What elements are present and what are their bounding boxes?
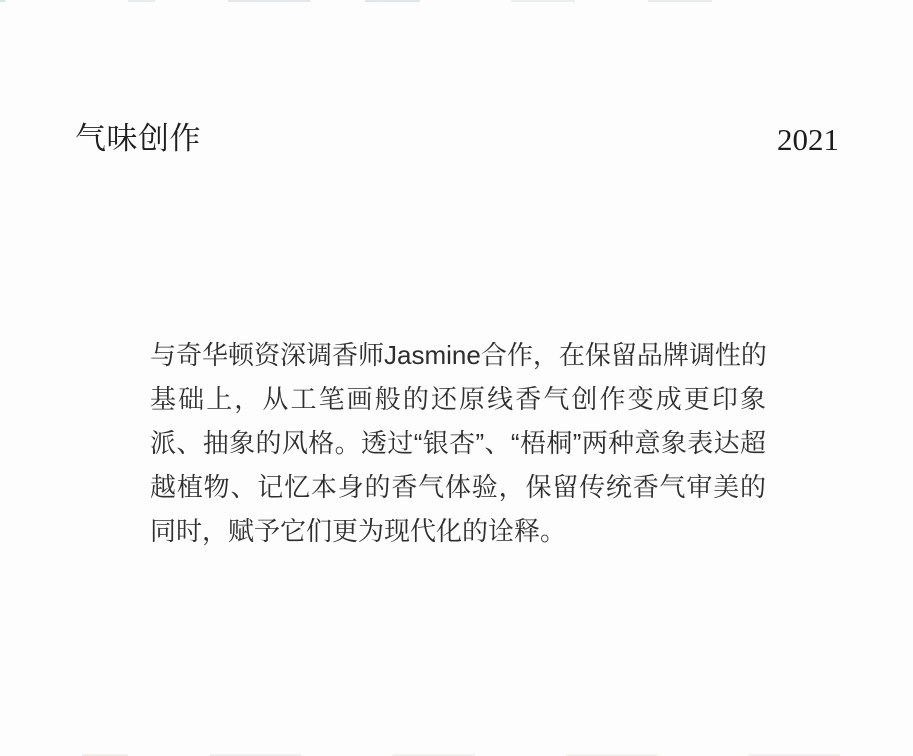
paragraph-line: 同时，赋予它们更为现代化的诠释。 bbox=[150, 509, 766, 553]
paragraph-line: 基础上，从工笔画般的还原线香气创作变成更印象 bbox=[150, 377, 766, 421]
year-label: 2021 bbox=[777, 123, 839, 157]
paragraph-line: 与奇华顿资深调香师Jasmine合作，在保留品牌调性的 bbox=[150, 333, 766, 377]
paragraph-line: 越植物、记忆本身的香气体验，保留传统香气审美的 bbox=[150, 465, 766, 509]
description-paragraph: 与奇华顿资深调香师Jasmine合作，在保留品牌调性的 基础上，从工笔画般的还原… bbox=[150, 333, 766, 553]
paragraph-line: 派、抽象的风格。透过“银杏”、“梧桐”两种意象表达超 bbox=[150, 421, 766, 465]
slide-page: 气味创作 2021 与奇华顿资深调香师Jasmine合作，在保留品牌调性的 基础… bbox=[0, 0, 913, 756]
top-edge-artifact bbox=[0, 0, 913, 2]
page-title: 气味创作 bbox=[75, 121, 201, 157]
